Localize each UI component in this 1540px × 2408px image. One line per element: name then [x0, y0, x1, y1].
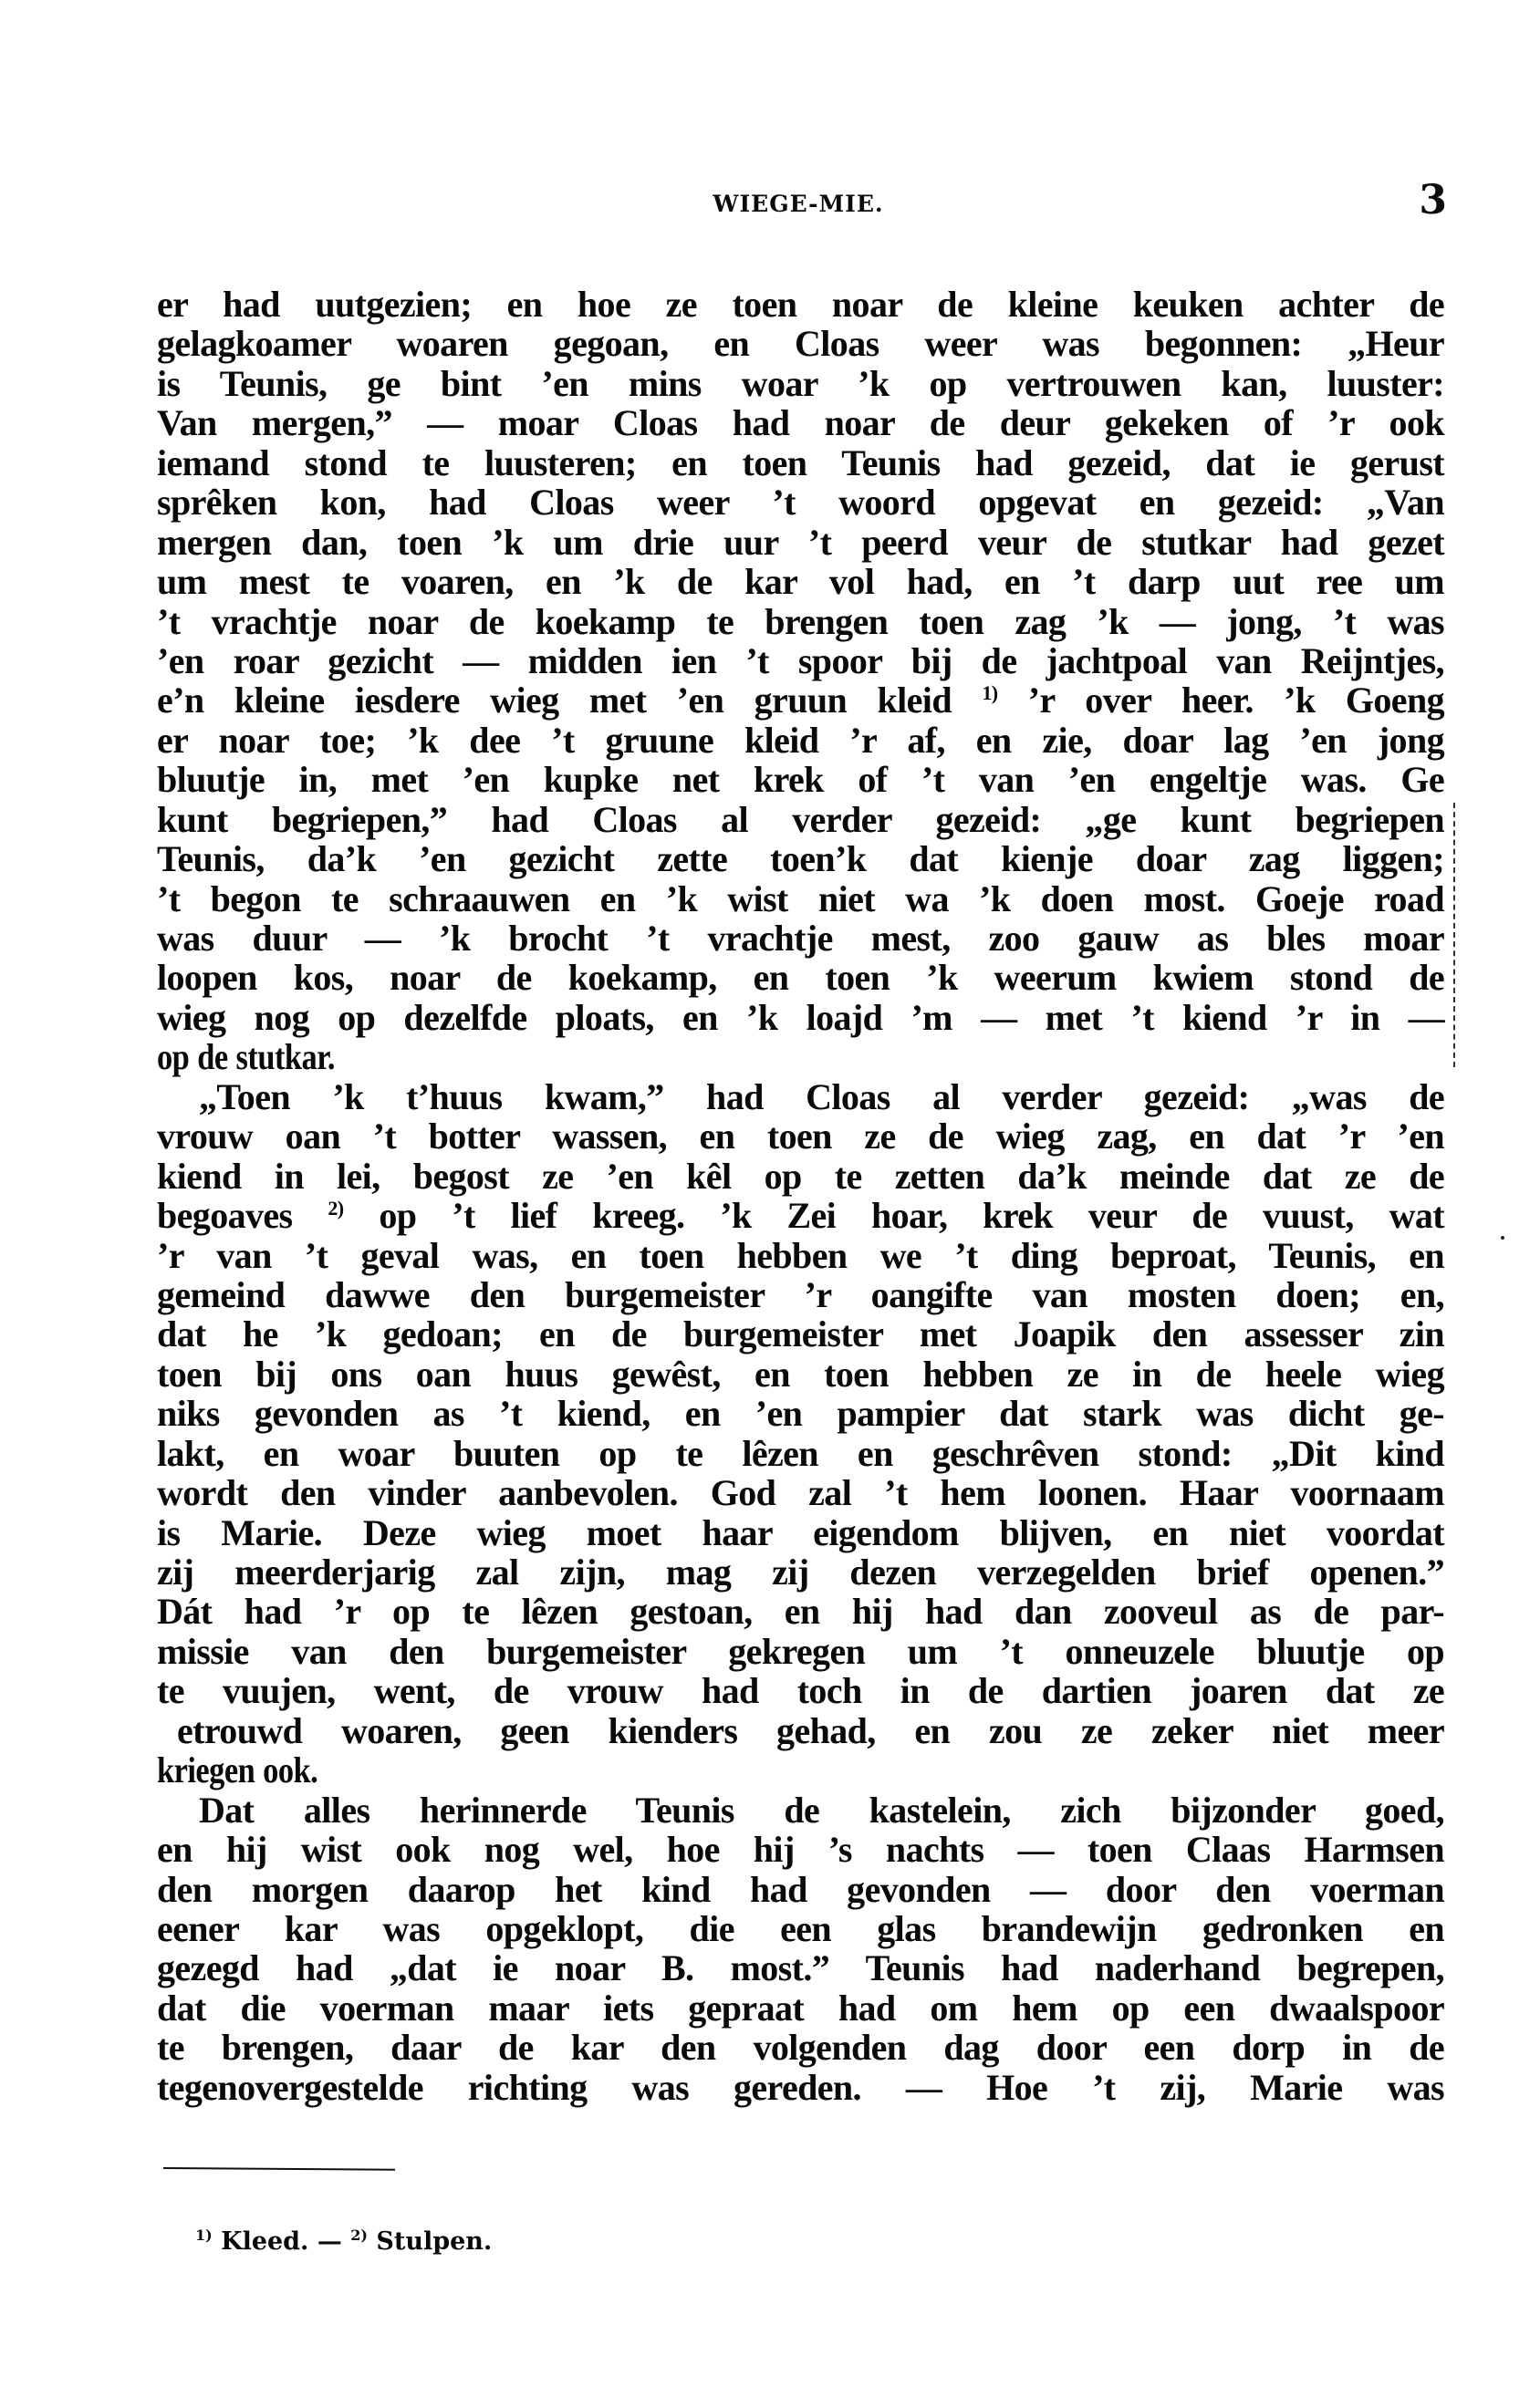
text-line-with-footnote: e’n kleine iesdere wieg met ’en gruun kl…	[157, 680, 1444, 720]
line-text: op ’t lief kreeg. ’k Zei hoar, krek veur…	[344, 1195, 1445, 1236]
paragraph-start-line: „Toen ’k t’huus kwam,” had Cloas al verd…	[157, 1077, 1444, 1116]
text-line: eener kar was opgeklopt, die een glas br…	[157, 1909, 1444, 1948]
text-line: te brengen, daar de kar den volgenden da…	[157, 2028, 1444, 2067]
text-line: kunt begriepen,” had Cloas al verder gez…	[157, 800, 1444, 839]
footnote-text: Kleed. —	[213, 2227, 351, 2256]
text-line: Van mergen,” — moar Cloas had noar de de…	[157, 403, 1444, 442]
paragraph-start-line: Dat alles herinnerde Teunis de kastelein…	[157, 1790, 1444, 1830]
page-number: 3	[1416, 179, 1447, 223]
text-line: etrouwd woaren, geen kienders gehad, en …	[157, 1711, 1444, 1750]
text-line: gelagkoamer woaren gegoan, en Cloas weer…	[157, 324, 1444, 363]
text-line: bluutje in, met ’en kupke net krek of ’t…	[157, 760, 1444, 799]
footnote-marker: 2)	[328, 1197, 343, 1220]
text-line: mergen dan, toen ’k um drie uur ’t peerd…	[157, 523, 1444, 562]
text-line: um mest te voaren, en ’k de kar vol had,…	[157, 562, 1444, 601]
text-line: toen bij ons oan huus gewêst, en toen he…	[157, 1354, 1444, 1394]
text-line: er had uutgezien; en hoe ze toen noar de…	[157, 285, 1444, 324]
text-line: is Teunis, ge bint ’en mins woar ’k op v…	[157, 364, 1444, 403]
text-line: loopen kos, noar de koekamp, en toen ’k …	[157, 958, 1444, 997]
text-line: missie van den burgemeister gekregen um …	[157, 1632, 1444, 1671]
book-page: WIEGE-MIE. 3 er had uutgezien; en hoe ze…	[0, 0, 1540, 2408]
footnote-marker: 2)	[350, 2226, 368, 2244]
line-text: ’r over heer. ’k Goeng	[997, 680, 1444, 721]
text-line: ’r van ’t geval was, en toen hebben we ’…	[157, 1236, 1444, 1275]
footnote-marker: 1)	[195, 2226, 213, 2244]
text-line: kiend in lei, begost ze ’en kêl op te ze…	[157, 1157, 1444, 1196]
text-line: iemand stond te luusteren; en toen Teuni…	[157, 443, 1444, 483]
text-line: Dát had ’r op te lêzen gestoan, en hij h…	[157, 1592, 1444, 1631]
text-line: dat die voerman maar iets gepraat had om…	[157, 1988, 1444, 2028]
footnote-marker: 1)	[982, 681, 997, 704]
text-line: Teunis, da’k ’en gezicht zette toen’k da…	[157, 839, 1444, 878]
text-line: niks gevonden as ’t kiend, en ’en pampie…	[157, 1394, 1444, 1433]
text-line: sprêken kon, had Cloas weer ’t woord opg…	[157, 483, 1444, 522]
text-line: ’t vrachtje noar de koekamp te brengen t…	[157, 602, 1444, 641]
text-line: gezegd had „dat ie noar B. most.” Teunis…	[157, 1948, 1444, 1988]
footnotes: 1) Kleed. — 2) Stulpen.	[195, 2222, 492, 2262]
text-line: tegenovergestelde richting was gereden. …	[157, 2068, 1444, 2107]
text-line: wieg nog op dezelfde ploats, en ’k loajd…	[157, 998, 1444, 1037]
margin-scan-mark	[1453, 803, 1455, 1067]
text-line: er noar toe; ’k dee ’t gruune kleid ’r a…	[157, 721, 1444, 760]
text-line: op de stutkar.	[157, 1037, 1444, 1076]
scan-speck	[1501, 1236, 1504, 1240]
text-line-with-footnote: begoaves 2) op ’t lief kreeg. ’k Zei hoa…	[157, 1196, 1444, 1235]
text-line: wordt den vinder aanbevolen. God zal ’t …	[157, 1473, 1444, 1512]
text-line: gemeind dawwe den burgemeister ’r oangif…	[157, 1275, 1444, 1314]
text-line: zij meerderjarig zal zijn, mag zij dezen…	[157, 1552, 1444, 1592]
running-head: WIEGE-MIE.	[639, 188, 958, 221]
text-line: den morgen daarop het kind had gevonden …	[157, 1870, 1444, 1909]
body-text: er had uutgezien; en hoe ze toen noar de…	[157, 285, 1444, 2107]
line-text: begoaves	[157, 1195, 293, 1236]
text-line: ’en roar gezicht — midden ien ’t spoor b…	[157, 641, 1444, 680]
text-line: is Marie. Deze wieg moet haar eigendom b…	[157, 1513, 1444, 1552]
text-line: te vuujen, went, de vrouw had toch in de…	[157, 1671, 1444, 1710]
text-line: kriegen ook.	[157, 1750, 1444, 1790]
text-line: en hij wist ook nog wel, hoe hij ’s nach…	[157, 1830, 1444, 1869]
text-line: was duur — ’k brocht ’t vrachtje mest, z…	[157, 919, 1444, 958]
text-line: dat he ’k gedoan; en de burgemeister met…	[157, 1314, 1444, 1354]
line-text: e’n kleine iesdere wieg met ’en gruun kl…	[157, 680, 952, 721]
footnote-text: Stulpen.	[368, 2227, 492, 2256]
footnote-rule	[163, 2167, 395, 2171]
text-line: vrouw oan ’t botter wassen, en toen ze d…	[157, 1116, 1444, 1156]
text-line: lakt, en woar buuten op te lêzen en gesc…	[157, 1434, 1444, 1473]
text-line: ’t begon te schraauwen en ’k wist niet w…	[157, 879, 1444, 919]
